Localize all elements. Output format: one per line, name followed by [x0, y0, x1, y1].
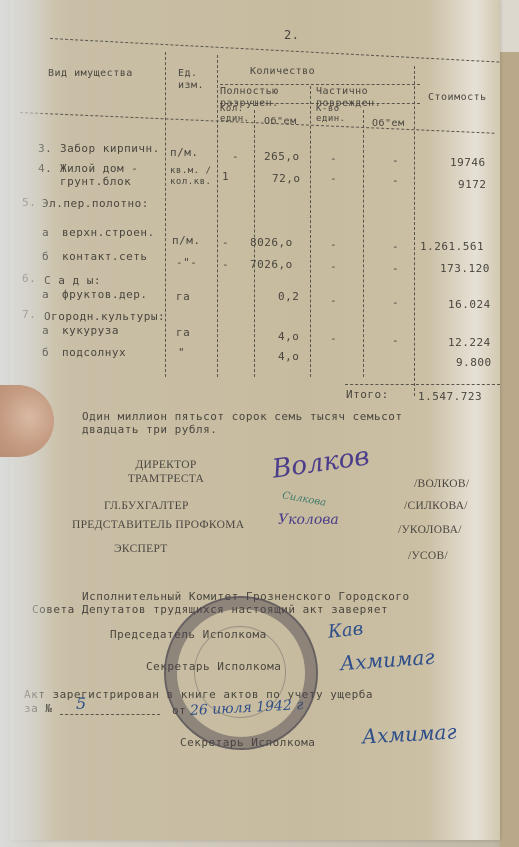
header-cost: Стоимость [428, 92, 487, 104]
row-full-volume: 4,о [278, 350, 299, 363]
row-part-count: - [330, 260, 337, 273]
signatory-name: /ВОЛКОВ/ [414, 478, 469, 490]
signatory-name: /УКОЛОВА/ [398, 524, 462, 536]
header-quantity: Количество [250, 66, 315, 78]
quantity-subheader-border [220, 84, 420, 85]
header-count-units-2: К-во един. [316, 104, 360, 124]
signature: Уколова [278, 512, 339, 528]
table-header-bottom-border [20, 112, 495, 134]
row-unit: га [176, 290, 190, 303]
registration-number-field [60, 704, 160, 715]
row-cost: 16.024 [448, 298, 491, 311]
signature: Волков [270, 441, 371, 484]
row-name: С а д ы: [44, 274, 101, 287]
row-part-volume: - [392, 296, 399, 309]
signatory-name: /СИЛКОВА/ [404, 500, 468, 512]
signatory-title: ГЛ.БУХГАЛТЕР [104, 500, 189, 512]
document-page: 2. Вид имущества Ед. изм. Количество Пол… [10, 0, 500, 840]
header-property-type: Вид имущества [48, 68, 133, 80]
row-unit: кв.м. / кол.кв. [170, 166, 218, 188]
header-count-units: Кол. един. [220, 104, 254, 124]
chairman-signature: Кав [327, 618, 364, 643]
row-full-count: 1 [222, 170, 229, 183]
row-name: Забор кирпичн. [60, 142, 160, 155]
row-full-volume: 7026,о [250, 258, 293, 271]
column-divider [217, 55, 218, 377]
row-name: подсолнух [62, 346, 126, 359]
row-name: верхн.строен. [62, 226, 155, 239]
signatory-name: /УСОВ/ [408, 550, 448, 562]
row-name: фруктов.дер. [62, 288, 147, 301]
row-name: Огородн.культуры: [44, 310, 165, 323]
column-divider [310, 86, 311, 377]
row-full-volume: 72,о [272, 172, 301, 185]
table-top-border [50, 38, 499, 63]
row-cost: 1.261.561 [420, 240, 484, 253]
row-cost: 9.800 [456, 356, 492, 369]
row-full-volume: 8026,о [250, 236, 293, 249]
total-value: 1.547.723 [418, 390, 482, 403]
row-full-count: - [232, 150, 239, 163]
row-part-count: - [330, 238, 337, 251]
amount-in-words-line-1: Один миллион пятьсот сорок семь тысяч се… [82, 410, 403, 423]
page-number: 2. [284, 28, 299, 42]
row-cost: 9172 [458, 178, 487, 191]
column-divider [363, 110, 364, 377]
row-full-count: - [222, 258, 229, 271]
row-full-volume: 0,2 [278, 290, 299, 303]
seal-emblem-icon [194, 626, 286, 718]
row-cost: 19746 [450, 156, 486, 169]
row-name: кукуруза [62, 324, 119, 337]
row-full-volume: 4,о [278, 330, 299, 343]
row-unit: п/м. [172, 234, 201, 247]
row-unit: " [178, 346, 185, 359]
header-volume-2: Об"ем [372, 118, 405, 130]
row-full-volume: 265,о [264, 150, 300, 163]
amount-in-words-line-2: двадцать три рубля. [82, 423, 217, 436]
row-part-volume: - [392, 240, 399, 253]
total-label: Итого: [346, 388, 389, 401]
row-name: Эл.пер.полотно: [42, 198, 132, 210]
row-full-count: - [222, 236, 229, 249]
column-divider [165, 52, 166, 377]
row-name: Жилой дом - грунт.блок [60, 162, 165, 188]
header-unit: Ед. изм. [178, 68, 214, 92]
row-name: контакт.сеть [62, 250, 147, 263]
registration-number: 5 [76, 694, 86, 713]
column-divider [414, 66, 415, 396]
row-part-count: - [330, 332, 337, 345]
signature: Силкова [281, 490, 326, 509]
official-seal-stamp [164, 596, 318, 750]
row-part-volume: - [392, 154, 399, 167]
secretary-signature-2: Ахмимаг [361, 720, 457, 749]
signatory-title: ПРЕДСТАВИТЕЛЬ ПРОФКОМА [72, 519, 244, 531]
row-cost: 12.224 [448, 336, 491, 349]
total-border [345, 384, 500, 385]
row-cost: 173.120 [440, 262, 490, 275]
header-volume: Об"ем [264, 116, 297, 128]
row-unit: п/м. [170, 146, 199, 159]
row-part-count: - [330, 172, 337, 185]
background-document-edge [500, 52, 519, 847]
row-part-volume: - [392, 334, 399, 347]
row-unit: га [176, 326, 190, 339]
signatory-title: ДИРЕКТОР ТРАМТРЕСТА [126, 458, 206, 486]
row-part-count: - [330, 294, 337, 307]
row-part-volume: - [392, 262, 399, 275]
row-part-count: - [330, 152, 337, 165]
signatory-title: ЭКСПЕРТ [114, 543, 168, 555]
row-unit: -"- [176, 256, 197, 269]
row-part-volume: - [392, 174, 399, 187]
secretary-signature: Ахмимаг [339, 645, 435, 676]
